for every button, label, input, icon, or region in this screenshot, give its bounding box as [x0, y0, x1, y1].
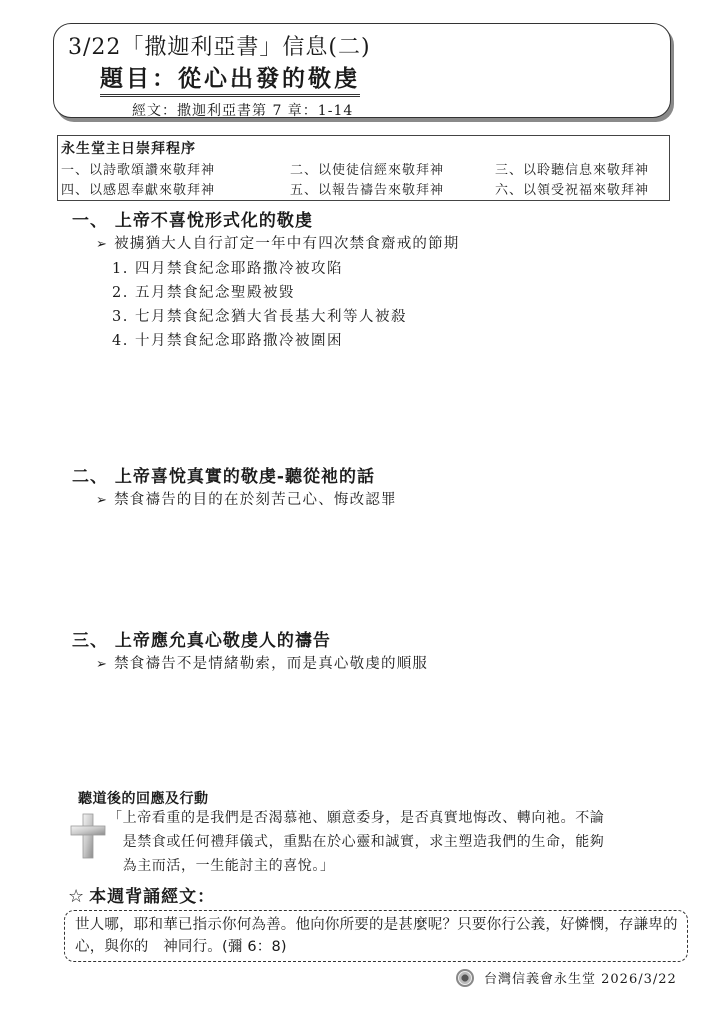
- header-box: 3/22「撒迦利亞書」信息(二) 題目：從心出發的敬虔 經文：撒迦利亞書第 7 …: [53, 23, 671, 118]
- memory-verse-title: ☆本週背誦經文：: [68, 882, 215, 907]
- worship-order-item: 四、以感恩奉獻來敬拜神: [61, 179, 215, 198]
- list-item: 1. 四月禁食紀念耶路撒冷被攻陷: [112, 257, 343, 278]
- list-item: 4. 十月禁食紀念耶路撒冷被圍困: [112, 329, 343, 350]
- memory-verse-box: 世人哪，耶和華已指示你何為善。他向你所要的是甚麼呢？只要你行公義，好憐憫，存謙卑…: [64, 910, 688, 962]
- response-text: 「上帝看重的是我們是否渴慕祂、願意委身，是否真實地悔改、轉向祂。不論 是禁食或任…: [108, 806, 688, 878]
- section-heading-3: 三、 上帝應允真心敬虔人的禱告: [72, 626, 331, 651]
- response-title: 聽道後的回應及行動: [78, 788, 209, 808]
- arrow-bullet-icon: ➢: [96, 657, 108, 672]
- arrow-bullet-icon: ➢: [96, 237, 108, 252]
- church-seal-icon: [456, 969, 474, 987]
- scripture-reference: 經文：撒迦利亞書第 7 章：1-14: [132, 100, 353, 120]
- section-1-bullet: ➢被擄猶大人自行訂定一年中有四次禁食齋戒的節期: [96, 232, 460, 253]
- worship-order-title: 永生堂主日崇拜程序: [61, 138, 196, 158]
- worship-order-item: 三、以聆聽信息來敬拜神: [495, 159, 649, 178]
- section-heading-2: 二、 上帝喜悅真實的敬虔-聽從祂的話: [72, 462, 375, 487]
- footer: 台灣信義會永生堂 2026/3/22: [456, 968, 677, 987]
- response-line: 「上帝看重的是我們是否渴慕祂、願意委身，是否真實地悔改、轉向祂。不論: [108, 806, 688, 830]
- list-item: 2. 五月禁食紀念聖殿被毀: [112, 281, 295, 302]
- response-line: 是禁食或任何禮拜儀式，重點在於心靈和誠實，求主塑造我們的生命，能夠: [108, 830, 688, 854]
- worship-order-box: 永生堂主日崇拜程序 一、以詩歌頌讚來敬拜神 二、以使徒信經來敬拜神 三、以聆聽信…: [57, 135, 670, 201]
- memory-verse-text: 世人哪，耶和華已指示你何為善。他向你所要的是甚麼呢？只要你行公義，好憐憫，存謙卑…: [75, 914, 685, 958]
- section-3-bullet: ➢禁食禱告不是情緒勒索，而是真心敬虔的順服: [96, 652, 428, 673]
- worship-order-item: 五、以報告禱告來敬拜神: [290, 179, 444, 198]
- arrow-bullet-icon: ➢: [96, 493, 108, 508]
- sermon-title: 3/22「撒迦利亞書」信息(二): [68, 30, 371, 61]
- footer-text: 台灣信義會永生堂 2026/3/22: [484, 968, 677, 987]
- star-icon: ☆: [68, 886, 85, 907]
- worship-order-item: 六、以領受祝福來敬拜神: [495, 179, 649, 198]
- list-item: 3. 七月禁食紀念猶大省長基大利等人被殺: [112, 305, 407, 326]
- section-heading-1: 一、 上帝不喜悅形式化的敬虔: [72, 206, 313, 231]
- worship-order-item: 二、以使徒信經來敬拜神: [290, 159, 444, 178]
- section-2-bullet: ➢禁食禱告的目的在於刻苦己心、悔改認罪: [96, 488, 397, 509]
- sermon-topic: 題目：從心出發的敬虔: [100, 64, 360, 97]
- cross-icon: [70, 812, 106, 860]
- response-line: 為主而活，一生能討主的喜悅。」: [108, 854, 688, 878]
- worship-order-item: 一、以詩歌頌讚來敬拜神: [61, 159, 215, 178]
